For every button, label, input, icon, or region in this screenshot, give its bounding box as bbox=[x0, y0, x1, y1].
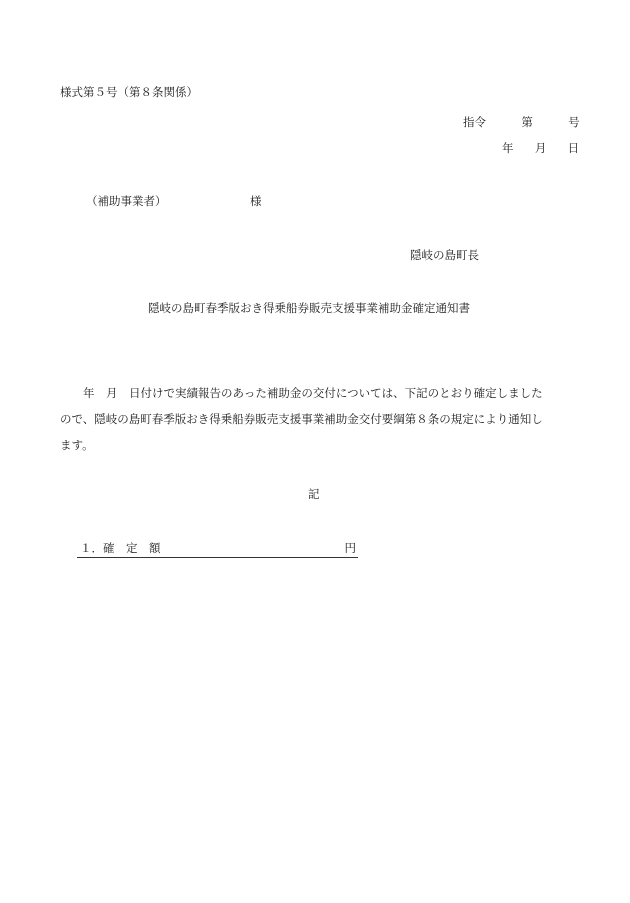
directive-dai: 第 bbox=[521, 117, 533, 129]
body-line-1: 年 月 日付けで実績報告のあった補助金の交付については、下記のとおり確定しました bbox=[60, 380, 580, 406]
addressee-label: （補助事業者） bbox=[86, 196, 167, 208]
confirmed-amount-unit: 円 bbox=[345, 543, 357, 555]
date-year: 年 bbox=[502, 143, 514, 155]
confirmed-amount-label: １．確 定 額 bbox=[80, 543, 161, 555]
confirmed-amount-row: １．確 定 額 円 bbox=[77, 543, 358, 558]
form-number: 様式第５号（第８条関係） bbox=[60, 87, 198, 99]
issue-date: 年 月 日 bbox=[502, 143, 579, 155]
body-paragraph: 年 月 日付けで実績報告のあった補助金の交付については、下記のとおり確定しました… bbox=[60, 380, 580, 458]
issuer-name: 隠岐の島町長 bbox=[410, 250, 479, 262]
body-line-3: ます。 bbox=[60, 432, 580, 458]
directive-prefix: 指令 bbox=[463, 117, 486, 129]
addressee-honorific: 様 bbox=[250, 196, 262, 208]
directive-number: 指令 第 号 bbox=[463, 117, 580, 129]
directive-go: 号 bbox=[568, 117, 580, 129]
date-month: 月 bbox=[535, 143, 547, 155]
ki-heading: 記 bbox=[308, 489, 320, 501]
document-title: 隠岐の島町春季版おき得乗船券販売支援事業補助金確定通知書 bbox=[148, 303, 470, 315]
date-day: 日 bbox=[568, 143, 580, 155]
body-line-2: ので、隠岐の島町春季版おき得乗船券販売支援事業補助金交付要綱第８条の規定により通… bbox=[60, 406, 580, 432]
